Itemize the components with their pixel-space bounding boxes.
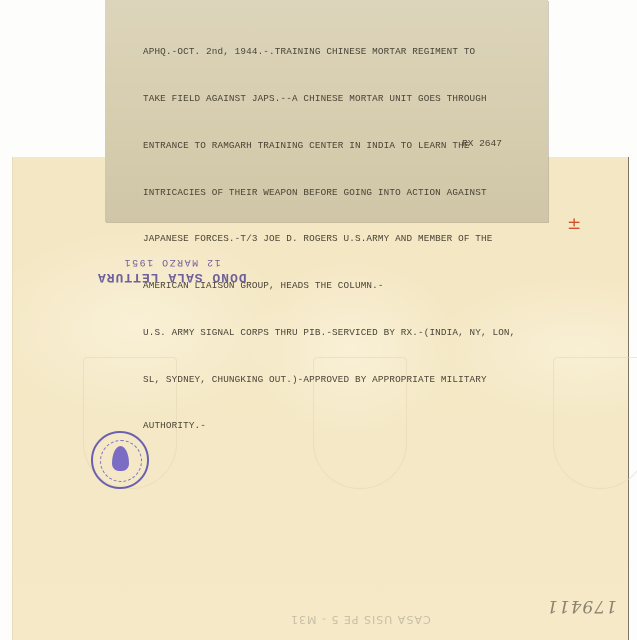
caption-line: TAKE FIELD AGAINST JAPS.--A CHINESE MORT… bbox=[143, 91, 543, 107]
caption-reference: RX 2647 bbox=[462, 138, 502, 149]
caption-line: JAPANESE FORCES.-T/3 JOE D. ROGERS U.S.A… bbox=[143, 231, 543, 247]
caption-text: APHQ.-OCT. 2nd, 1944.-.TRAINING CHINESE … bbox=[143, 13, 543, 465]
caption-line: APHQ.-OCT. 2nd, 1944.-.TRAINING CHINESE … bbox=[143, 44, 543, 60]
caption-line: INTRICACIES OF THEIR WEAPON BEFORE GOING… bbox=[143, 185, 543, 201]
stamp-line: DONO SALA LETTURA bbox=[97, 269, 247, 285]
caption-slip: APHQ.-OCT. 2nd, 1944.-.TRAINING CHINESE … bbox=[105, 0, 548, 222]
caption-line: AUTHORITY.- bbox=[143, 418, 543, 434]
caption-line: SL, SYDNEY, CHUNGKING OUT.)-APPROVED BY … bbox=[143, 372, 543, 388]
stamp-date: 12 MARZO 1951 bbox=[97, 253, 247, 269]
caption-line: U.S. ARMY SIGNAL CORPS THRU PIB.-SERVICE… bbox=[143, 325, 543, 341]
pencil-inventory-number: 179411 bbox=[546, 596, 617, 616]
library-round-stamp bbox=[91, 431, 149, 489]
pencil-note: CASA USIS PE 5 - M31 bbox=[290, 613, 431, 626]
reading-room-stamp: DONO SALA LETTURA 12 MARZO 1951 bbox=[97, 253, 247, 285]
watermark-shield bbox=[553, 357, 637, 489]
red-pencil-mark: ± bbox=[567, 214, 581, 234]
